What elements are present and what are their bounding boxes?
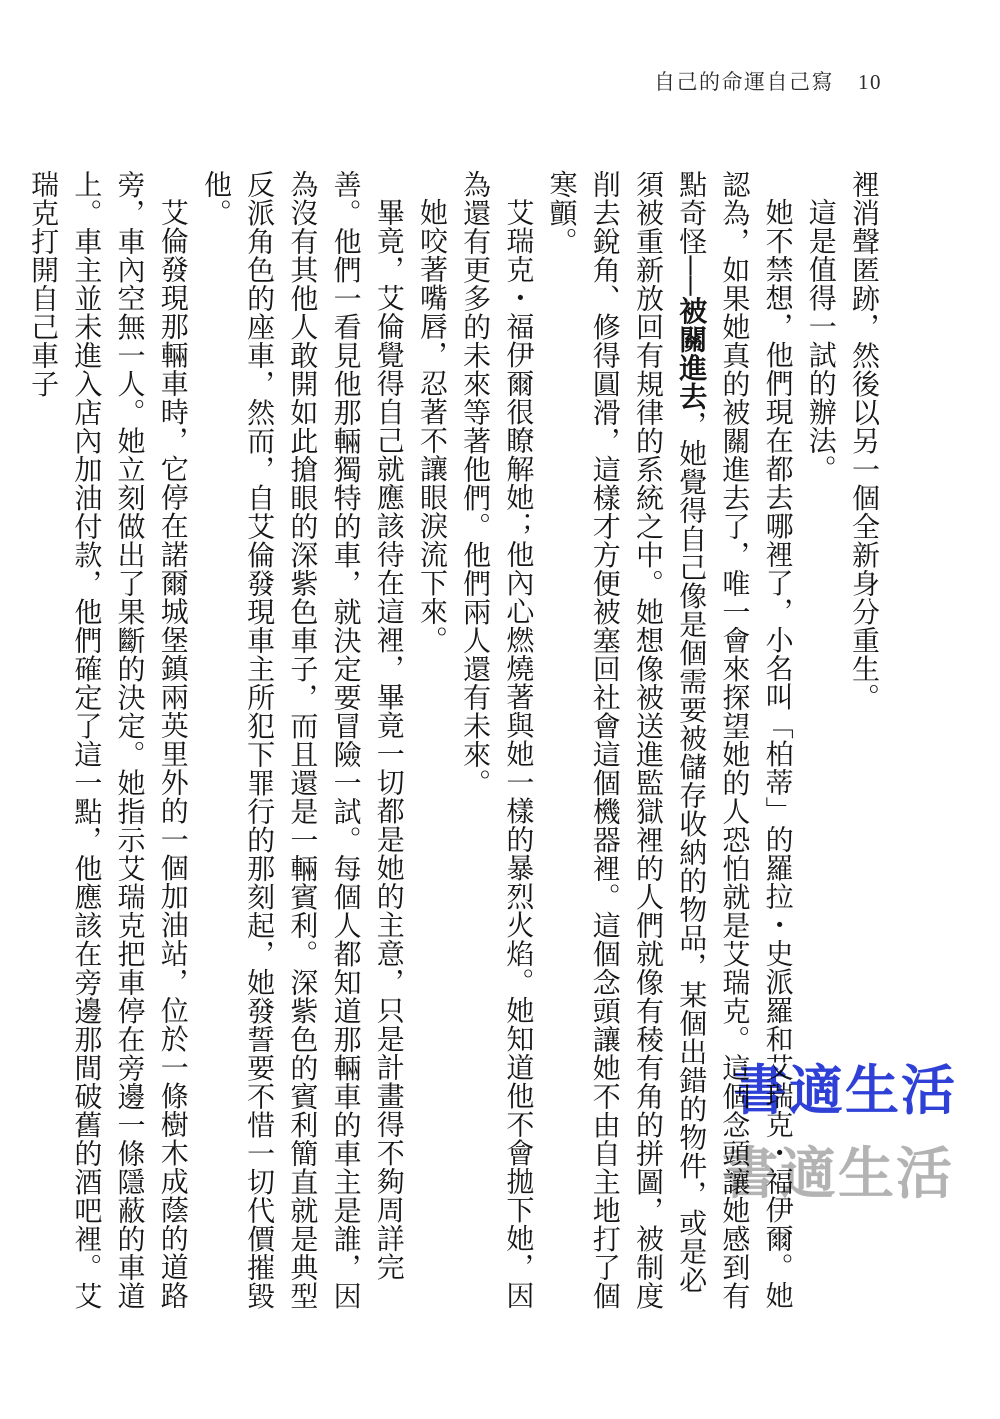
paragraph-3: 她不禁想，他們現在都去哪裡了，小名叫「柏蒂」的羅拉・史派羅和艾瑞克・福伊爾。她認… <box>539 170 798 1310</box>
book-page: 自己的命運自己寫 10 裡消聲匿跡，然後以另一個全新身分重生。 這是值得一試的辦… <box>0 0 1000 1419</box>
page-number: 10 <box>858 70 882 95</box>
running-header: 自己的命運自己寫 10 <box>654 66 882 96</box>
paragraph-6: 畢竟，艾倫覺得自己就應該待在這裡，畢竟一切都是她的主意，只是計畫得不夠周詳完善。… <box>194 170 410 1310</box>
paragraph-7: 艾倫發現那輛車時，它停在諾爾城堡鎮兩英里外的一個加油站，位於一條樹木成蔭的道路旁… <box>21 170 194 1310</box>
paragraph-2: 這是值得一試的辦法。 <box>799 170 842 1310</box>
book-title: 自己的命運自己寫 <box>654 66 834 96</box>
paragraph-5: 她咬著嘴唇，忍著不讓眼淚流下來。 <box>410 170 453 1310</box>
body-text: 裡消聲匿跡，然後以另一個全新身分重生。 這是值得一試的辦法。 她不禁想，他們現在… <box>149 170 885 1310</box>
paragraph-1: 裡消聲匿跡，然後以另一個全新身分重生。 <box>842 170 885 1310</box>
paragraph-3-bold-phrase: 被關進去 <box>675 296 706 410</box>
paragraph-4: 艾瑞克・福伊爾很瞭解她；他內心燃燒著與她一樣的暴烈火焰。她知道他不會拋下她，因為… <box>453 170 539 1310</box>
